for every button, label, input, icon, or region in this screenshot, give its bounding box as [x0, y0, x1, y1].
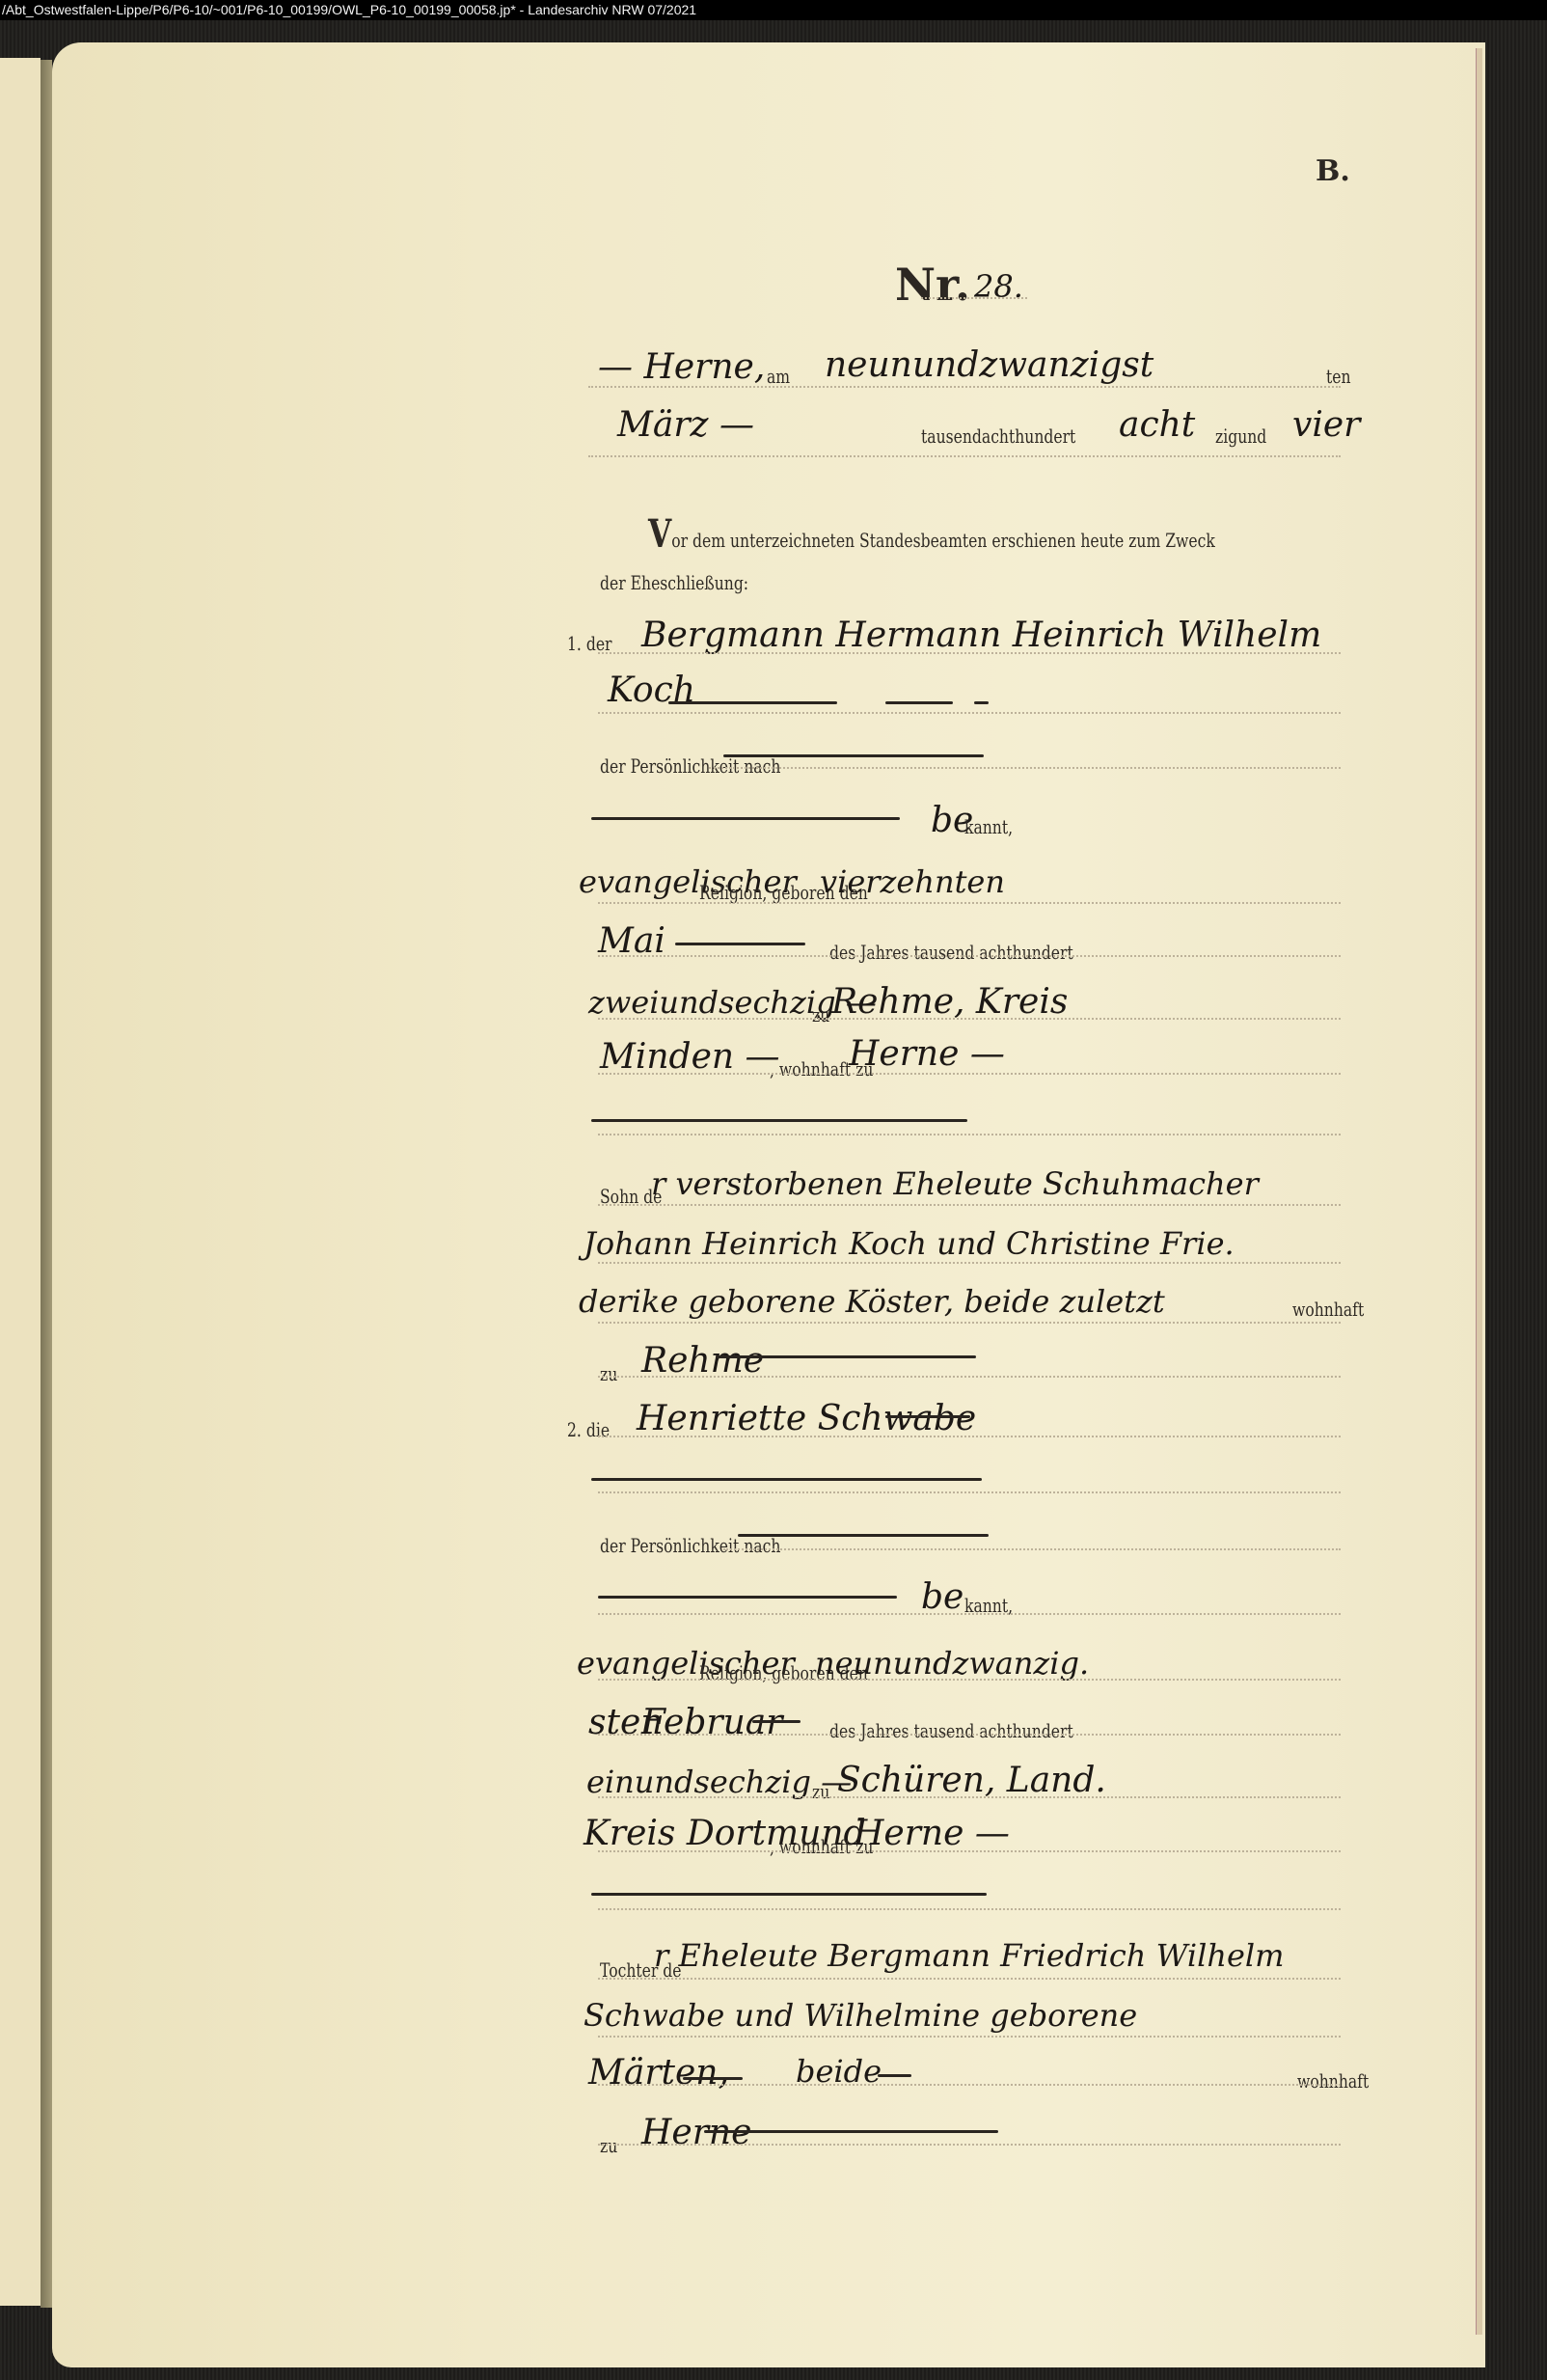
groom-birth-day: vierzehnten [820, 863, 1005, 900]
dotted-rule [598, 955, 1341, 957]
fill-stroke [591, 1478, 982, 1481]
fill-stroke [878, 2074, 911, 2077]
bride-jahres-label: des Jahres tausend achthundert [829, 1719, 1073, 1742]
dotted-rule [598, 1679, 1341, 1681]
bride-birth-place: Schüren, Land. [837, 1761, 1106, 1800]
groom-birth-place-2: Minden — [600, 1037, 780, 1077]
groom-parents-line3: derike geborene Köster, beide zuletzt [579, 1283, 1165, 1320]
dotted-rule [598, 1613, 1341, 1615]
groom-parents-residence: Rehme [641, 1341, 764, 1381]
dotted-rule [723, 1548, 1341, 1550]
dotted-rule [598, 1322, 1341, 1324]
bride-number: 2. die [567, 1418, 610, 1441]
fill-stroke [752, 1720, 801, 1723]
groom-zu-label: zu [812, 1003, 829, 1026]
dotted-rule [709, 767, 1341, 769]
month-handwritten: März — [617, 405, 754, 445]
fill-stroke [591, 1893, 987, 1896]
dotted-rule [598, 1204, 1341, 1206]
label-zigund: zigund [1215, 424, 1266, 448]
bride-known-prefix: be [921, 1577, 963, 1617]
groom-parents-zu: zu [600, 1362, 617, 1385]
dotted-rule [598, 1978, 1341, 1980]
bride-name: Henriette Schwabe [637, 1399, 976, 1438]
marriage-record: B. Nr. 28. — Herne, am neunundzwanzigst … [0, 0, 1547, 2380]
groom-name-line1: Bergmann Hermann Heinrich Wilhelm [641, 616, 1321, 655]
intro-body: or dem unterzeichneten Standesbeamten er… [671, 529, 1215, 552]
groom-parents-line2: Johann Heinrich Koch und Christine Frie. [584, 1225, 1235, 1262]
fill-stroke [716, 1355, 976, 1358]
dotted-rule [588, 455, 1341, 457]
dotted-rule [598, 1734, 1341, 1736]
groom-jahres-label: des Jahres tausend achthundert [829, 941, 1073, 964]
dotted-rule [598, 2084, 1341, 2086]
bride-parents-zu: zu [600, 2134, 617, 2157]
dotted-rule [598, 1134, 1341, 1135]
year-unit-handwritten: vier [1292, 405, 1360, 445]
fill-stroke [738, 1534, 989, 1537]
label-ten: ten [1326, 365, 1351, 388]
dotted-rule [598, 902, 1341, 904]
fill-stroke [974, 701, 989, 704]
intro-initial: V [648, 511, 671, 557]
dotted-rule [598, 2144, 1341, 2146]
dotted-rule [921, 297, 1027, 299]
dotted-rule [598, 1908, 1341, 1910]
dotted-rule [598, 2036, 1341, 2038]
dotted-rule [598, 1073, 1341, 1075]
bride-parents-line2: Schwabe und Wilhelmine geborene [584, 1997, 1137, 2034]
dotted-rule [598, 1262, 1341, 1264]
dotted-rule [598, 1376, 1341, 1378]
dotted-rule [598, 1850, 1341, 1852]
groom-residence: Herne — [849, 1034, 1005, 1074]
bride-zu-label: zu [812, 1780, 829, 1803]
groom-parents-line1: r verstorbenen Eheleute Schuhmacher [651, 1165, 1259, 1202]
groom-known-suffix: kannt, [964, 815, 1013, 838]
fill-stroke [591, 1119, 967, 1122]
bride-parents-wohnhaft: wohnhaft [1297, 2069, 1369, 2093]
fill-stroke [668, 701, 837, 704]
fill-stroke [675, 943, 805, 945]
bride-residence: Herne — [854, 1814, 1010, 1853]
dotted-rule [598, 1796, 1341, 1798]
dotted-rule [598, 652, 1341, 654]
groom-personality-label: der Persönlichkeit nach [600, 754, 780, 778]
fill-stroke [885, 701, 953, 704]
dotted-rule [598, 712, 1341, 714]
fill-stroke [683, 2077, 743, 2080]
bride-personality-label: der Persönlichkeit nach [600, 1534, 780, 1557]
day-handwritten: neunundzwanzigst [825, 345, 1153, 385]
label-tausendachthundert: tausendachthundert [921, 424, 1075, 448]
fill-stroke [885, 1415, 970, 1418]
section-letter: B. [1316, 154, 1350, 188]
fill-stroke [704, 2130, 998, 2133]
intro-text-2: der Eheschließung: [600, 571, 748, 594]
dotted-rule [598, 1491, 1341, 1493]
groom-birth-place: Rehme, Kreis [831, 982, 1068, 1022]
record-number-value: 28. [974, 268, 1023, 305]
record-number-label: Nr. [895, 259, 970, 311]
dotted-rule [598, 1436, 1341, 1437]
intro-text: Vor dem unterzeichneten Standesbeamten e… [648, 511, 1215, 557]
label-am: am [767, 365, 790, 388]
dotted-rule [588, 386, 1341, 388]
groom-parents-wohnhaft: wohnhaft [1292, 1298, 1364, 1321]
bride-parents-line1: r Eheleute Bergmann Friedrich Wilhelm [654, 1937, 1284, 1974]
bride-parents-line3: Märten, [588, 2053, 729, 2093]
place-handwritten: — Herne, [598, 347, 765, 387]
bride-birth-day: neunundzwanzig. [815, 1645, 1089, 1682]
dotted-rule [598, 1018, 1341, 1020]
fill-stroke [723, 754, 984, 757]
fill-stroke [591, 817, 900, 820]
fill-stroke [598, 1596, 897, 1599]
decade-handwritten: acht [1119, 405, 1195, 445]
